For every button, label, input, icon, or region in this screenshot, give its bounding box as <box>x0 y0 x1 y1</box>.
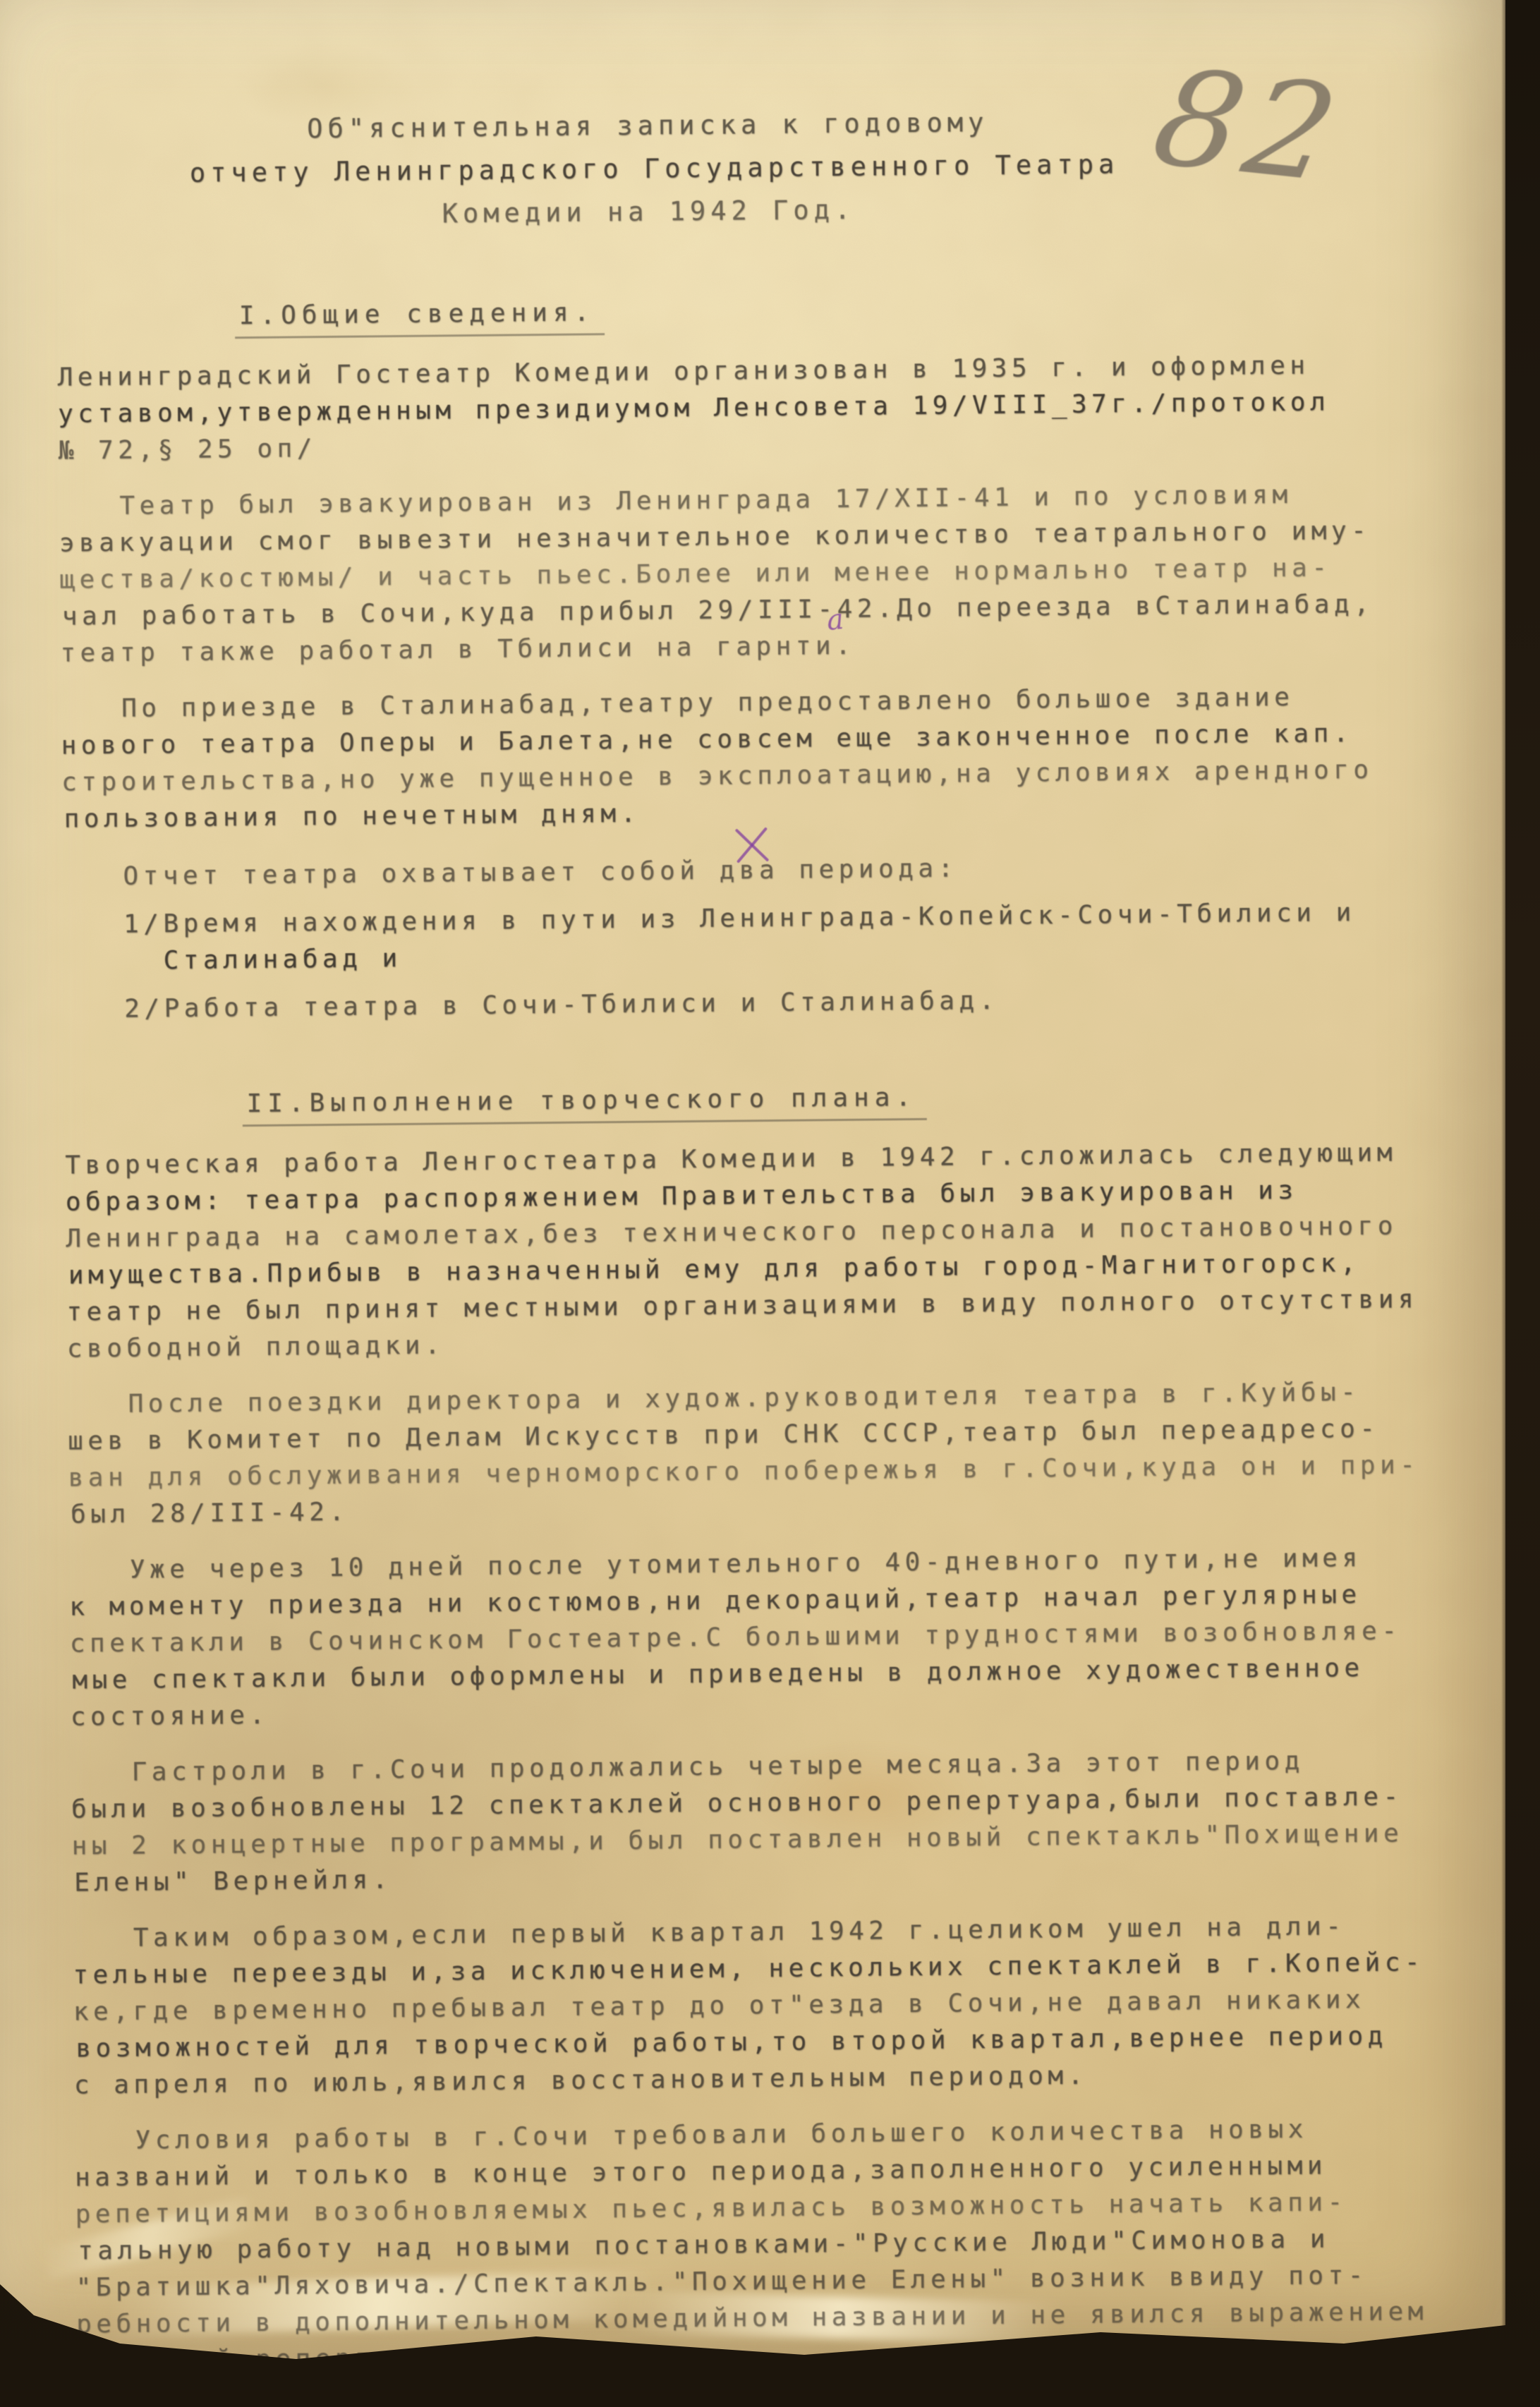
paper-edge-shadow <box>1501 0 1508 2365</box>
document-title: Об"яснительная записка к годовомуотчету … <box>189 99 1108 237</box>
title-line: Комедии на 1942 Год. <box>190 186 1108 237</box>
title-line: Об"яснительная записка к годовому <box>189 99 1107 151</box>
violet-correction-letter: а <box>825 603 846 637</box>
scanned-document: { "page_number": "82", "colors": { "pape… <box>0 0 1540 2407</box>
paragraph: После поездки директора и худож.руководи… <box>67 1373 1472 1533</box>
section-heading-text: I.Общие сведения. <box>235 294 605 339</box>
section-heading: I.Общие сведения. <box>235 286 1461 339</box>
text-line: 2/Работа театра в Сочи-Тбилиси и Сталина… <box>124 978 1467 1027</box>
document-page: 82 Об"яснительная записка к годовомуотче… <box>0 0 1505 2365</box>
paragraph: Театр был эвакуирован из Ленинграда 17/X… <box>59 475 1464 672</box>
paragraph: Условия работы в г.Сочи требовали больше… <box>74 2109 1480 2379</box>
paragraph: Таким образом,если первый квартал 1942 г… <box>73 1907 1478 2104</box>
paragraph: Творческая работа Ленгостеатра Комедии в… <box>65 1134 1471 1367</box>
violet-x-mark <box>732 823 774 867</box>
paragraph: Уже через 10 дней после утомительного 40… <box>69 1539 1474 1735</box>
paragraph: По приезде в Сталинабад,театру предостав… <box>61 678 1466 838</box>
section-heading: II.Выполнение творческого плана. <box>242 1074 1468 1127</box>
paragraph: Гастроли в г.Сочи продолжались четыре ме… <box>71 1741 1476 1901</box>
paragraph: Ленинградский Гостеатр Комедии организов… <box>57 346 1462 470</box>
section-heading-text: II.Выполнение творческого плана. <box>242 1079 926 1127</box>
list-item: 1/Время нахождения в пути из Ленинграда-… <box>123 893 1467 979</box>
list-item: 2/Работа театра в Сочи-Тбилиси и Сталина… <box>124 978 1467 1027</box>
document-text: Об"яснительная записка к годовомуотчету … <box>55 97 1481 2380</box>
